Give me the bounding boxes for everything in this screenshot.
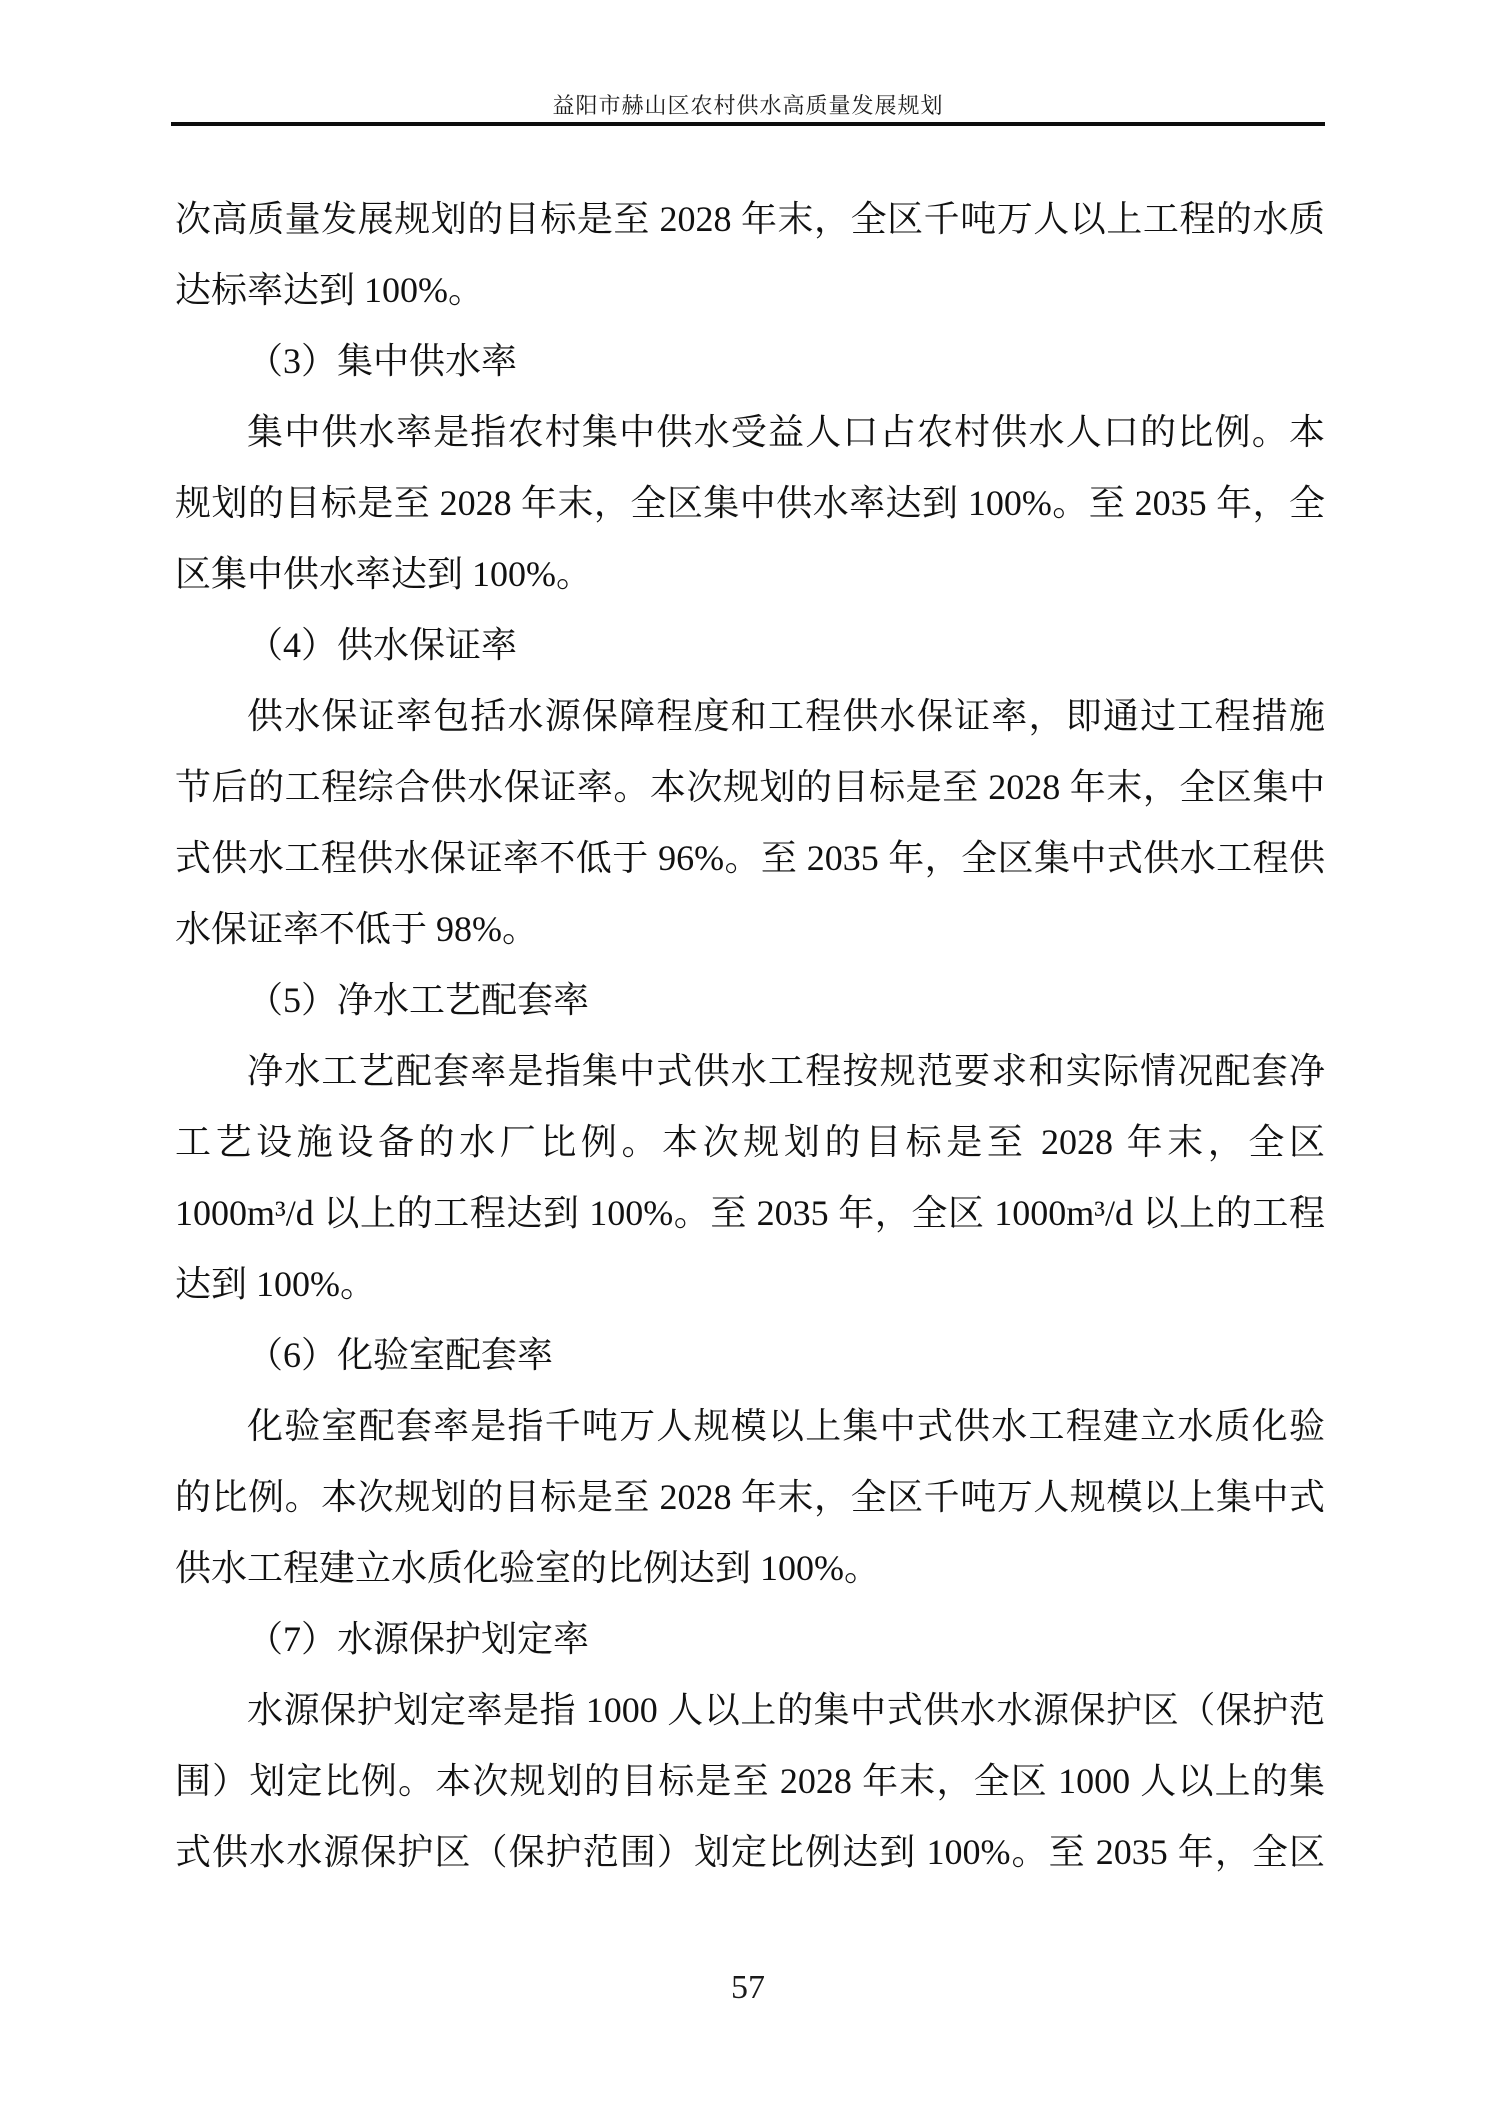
document-page: 益阳市赫山区农村供水高质量发展规划 次高质量发展规划的目标是至 2028 年末，… (0, 0, 1487, 2105)
text-line: 式供水工程供水保证率不低于 96%。至 2035 年，全区集中式供水工程供 (175, 823, 1325, 894)
document-body: 次高质量发展规划的目标是至 2028 年末，全区千吨万人以上工程的水质达标率达到… (175, 184, 1325, 1888)
text-line: 节后的工程综合供水保证率。本次规划的目标是至 2028 年末，全区集中 (175, 752, 1325, 823)
text-line: 规划的目标是至 2028 年末，全区集中供水率达到 100%。至 2035 年，… (175, 468, 1325, 539)
text-line: 1000m³/d 以上的工程达到 100%。至 2035 年，全区 1000m³… (175, 1178, 1325, 1249)
text-line: （3）集中供水率 (175, 326, 1325, 397)
text-line: 的比例。本次规划的目标是至 2028 年末，全区千吨万人规模以上集中式 (175, 1462, 1325, 1533)
text-line: 次高质量发展规划的目标是至 2028 年末，全区千吨万人以上工程的水质 (175, 184, 1325, 255)
text-line: （4）供水保证率 (175, 610, 1325, 681)
text-line: 集中供水率是指农村集中供水受益人口占农村供水人口的比例。本次 (175, 397, 1325, 468)
text-line: 供水工程建立水质化验室的比例达到 100%。 (175, 1533, 1325, 1604)
text-line: 水源保护划定率是指 1000 人以上的集中式供水水源保护区（保护范 (175, 1675, 1325, 1746)
text-line: 净水工艺配套率是指集中式供水工程按规范要求和实际情况配套净水 (175, 1036, 1325, 1107)
text-line: （6）化验室配套率 (175, 1320, 1325, 1391)
header-rule (171, 122, 1325, 126)
page-number: 57 (172, 1966, 1324, 2010)
text-line: 工艺设施设备的水厂比例。本次规划的目标是至 2028 年末，全区 (175, 1107, 1325, 1178)
text-line: （5）净水工艺配套率 (175, 965, 1325, 1036)
page-header-title: 益阳市赫山区农村供水高质量发展规划 (172, 93, 1324, 119)
text-line: （7）水源保护划定率 (175, 1604, 1325, 1675)
text-line: 供水保证率包括水源保障程度和工程供水保证率，即通过工程措施调 (175, 681, 1325, 752)
text-line: 围）划定比例。本次规划的目标是至 2028 年末，全区 1000 人以上的集中 (175, 1746, 1325, 1817)
text-line: 达到 100%。 (175, 1249, 1325, 1320)
text-line: 达标率达到 100%。 (175, 255, 1325, 326)
text-line: 化验室配套率是指千吨万人规模以上集中式供水工程建立水质化验室 (175, 1391, 1325, 1462)
text-line: 式供水水源保护区（保护范围）划定比例达到 100%。至 2035 年，全区 (175, 1817, 1325, 1888)
text-line: 区集中供水率达到 100%。 (175, 539, 1325, 610)
text-line: 水保证率不低于 98%。 (175, 894, 1325, 965)
